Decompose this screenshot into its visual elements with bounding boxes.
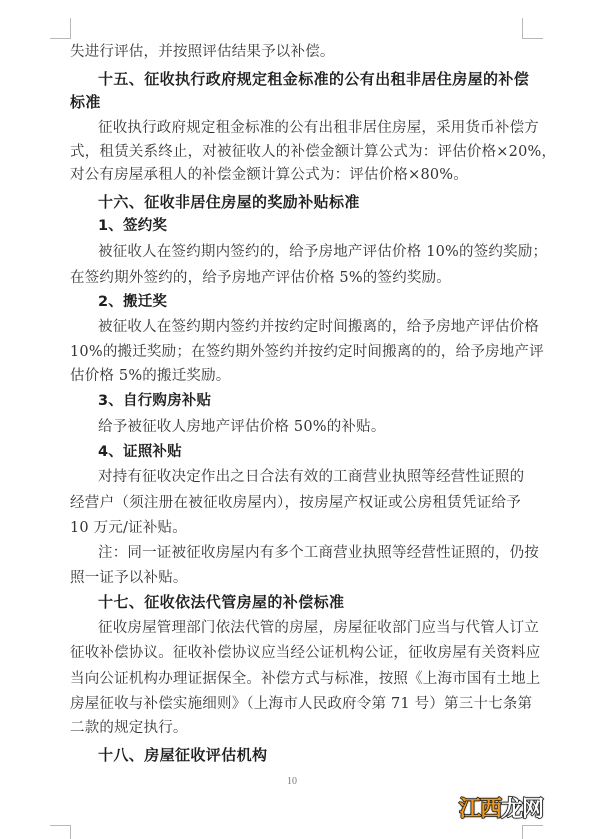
- crop-mark-bottom-left: [50, 825, 71, 839]
- body-text-line: 房屋征收与补偿实施细则》（上海市人民政府令第 71 号）第三十七条第: [70, 693, 521, 715]
- watermark-char: 龙: [501, 792, 522, 823]
- body-text-line: 在签约期外签约的，给予房地产评估价格 5%的签约奖励。: [70, 267, 521, 289]
- site-watermark-logo: 江 西 龙 网: [459, 793, 543, 821]
- page-number: 10: [287, 776, 297, 787]
- subheading-license-subsidy: 4、证照补贴: [98, 441, 521, 463]
- subheading-signing-award: 1、签约奖: [98, 215, 521, 237]
- note-text-line: 照一证予以补贴。: [70, 567, 521, 589]
- crop-mark-top-right: [522, 18, 543, 39]
- watermark-char: 西: [480, 792, 501, 823]
- section-heading-16: 十六、征收非居住房屋的奖励补贴标准: [98, 191, 521, 213]
- section-heading-17: 十七、征收依法代管房屋的补偿标准: [98, 591, 521, 613]
- body-text-line: 当向公证机构办理证据保全。补偿方式与标准，按照《上海市国有土地上: [70, 668, 521, 690]
- body-text-line: 征收房屋管理部门依法代管的房屋，房屋征收部门应当与代管人订立: [98, 617, 521, 639]
- body-text-line: 估价格 5%的搬迁奖励。: [70, 365, 521, 387]
- body-text-line: 经营户（须注册在被征收房屋内），按房屋产权证或公房租赁凭证给予: [70, 492, 521, 514]
- body-text-line: 被征收人在签约期内签约并按约定时间搬离的，给予房地产评估价格: [98, 316, 521, 338]
- document-page: 失进行评估，并按照评估结果予以补偿。 十五、征收执行政府规定租金标准的公有出租非…: [0, 0, 594, 839]
- section-heading-15-cont: 标准: [70, 91, 521, 113]
- body-text-line: 给予被征收人房地产评估价格 50%的补贴。: [98, 416, 521, 438]
- body-text-line: 征收执行政府规定租金标准的公有出租非居住房屋，采用货币补偿方: [98, 117, 521, 139]
- body-text-line: 对公有房屋承租人的补偿金额计算公式为：评估价格×80%。: [70, 164, 521, 186]
- body-text-line: 失进行评估，并按照评估结果予以补偿。: [70, 41, 521, 63]
- body-text-line: 对持有征收决定作出之日合法有效的工商营业执照等经营性证照的: [98, 466, 521, 488]
- watermark-char: 网: [522, 792, 543, 823]
- body-text-line: 10%的搬迁奖励；在签约期外签约并按约定时间搬离的的，给予房地产评: [70, 341, 521, 363]
- subheading-self-purchase-subsidy: 3、自行购房补贴: [98, 390, 521, 412]
- body-text-line: 10 万元/证补贴。: [70, 517, 521, 539]
- body-text-line: 被征收人在签约期内签约的，给予房地产评估价格 10%的签约奖励；: [98, 241, 521, 263]
- note-text-line: 注：同一证被征收房屋内有多个工商营业执照等经营性证照的，仍按: [98, 542, 521, 564]
- body-text-line: 二款的规定执行。: [70, 717, 521, 739]
- subheading-relocation-award: 2、搬迁奖: [98, 291, 521, 313]
- section-heading-18: 十八、房屋征收评估机构: [98, 744, 521, 766]
- body-text-line: 征收补偿协议。征收补偿协议应当经公证机构公证，征收房屋有关资料应: [70, 642, 521, 664]
- watermark-char: 江: [459, 792, 480, 823]
- section-heading-15: 十五、征收执行政府规定租金标准的公有出租非居住房屋的补偿: [98, 68, 521, 90]
- crop-mark-top-left: [50, 18, 71, 39]
- crop-mark-bottom-right: [522, 825, 543, 839]
- body-text-line: 式，租赁关系终止，对被征收人的补偿金额计算公式为：评估价格×20%，: [70, 141, 521, 163]
